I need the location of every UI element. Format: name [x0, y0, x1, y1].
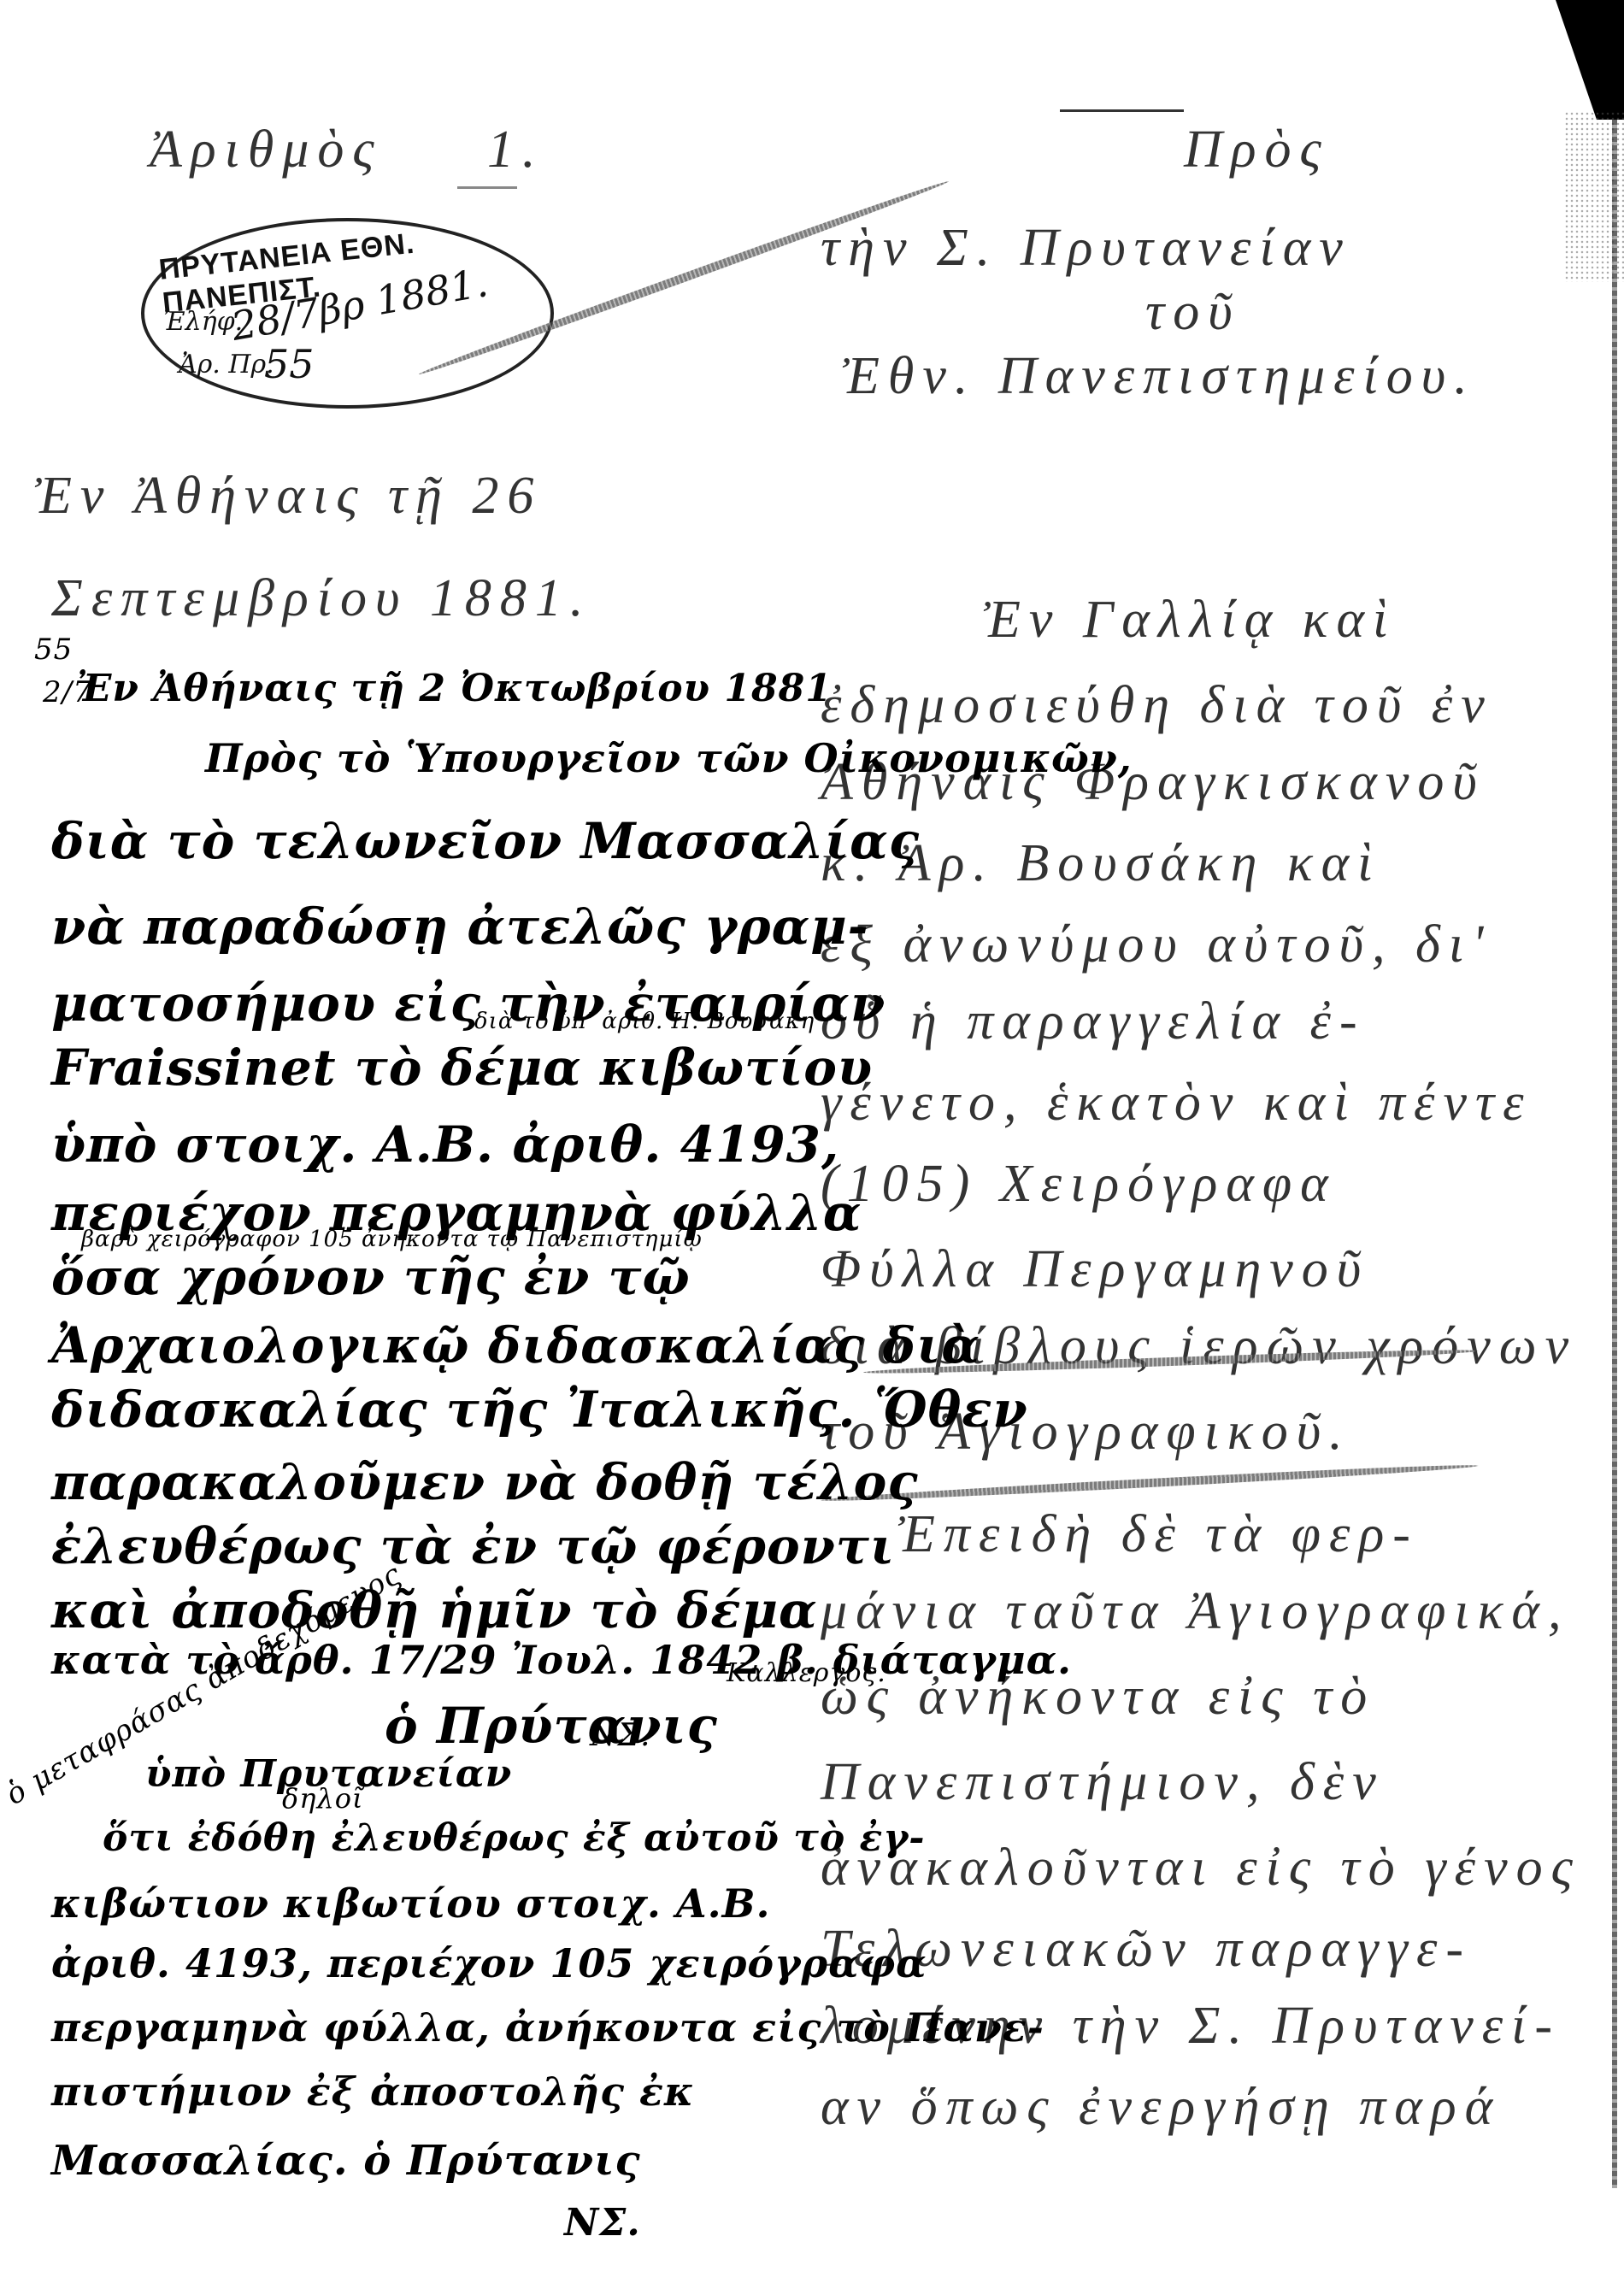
left-line: ὅσα χρόνον τῆς ἐν τῷ [51, 1248, 691, 1306]
scanned-document-page: Ἀριθμὸς 1. ΠΡΥΤΑΝΕΙΑ ΕΘΝ. ΠΑΝΕΠΙΣΤ. Ἐλήφ… [0, 0, 1624, 2295]
place-date-line-2: Σεπτεμβρίου 1881. [51, 568, 591, 629]
left-line: περγαμηνὰ φύλλα, ἀνήκοντα εἰς τὸ Πανε- [51, 2004, 1044, 2051]
right-line: ἐδημοσιεύθη διὰ τοῦ ἐν [821, 675, 1493, 736]
left-line: ὑπὸ στοιχ. Α.Β. ἀριθ. 4193, [51, 1115, 839, 1174]
right-line: ἐξ ἀνωνύμου αὐτοῦ, δι' [821, 915, 1492, 975]
left-line: πιστήμιον ἐξ ἀποστολῆς ἐκ [51, 2068, 694, 2115]
interlinear-note: Καλλεργος. [727, 1658, 886, 1688]
right-line: Πανεπιστήμιον, δὲν [821, 1752, 1385, 1813]
addressee-line-1: Πρὸς [1184, 120, 1330, 180]
right-line: γένετο, ἑκατὸν καὶ πέντε [821, 1073, 1533, 1133]
right-line: (105) Χειρόγραφα [821, 1154, 1337, 1215]
right-line: οὗ ἡ παραγγελία ἐ- [821, 992, 1366, 1052]
left-line: Ἀρχαιολογικῷ διδασκαλίας διὰ [51, 1316, 980, 1374]
left-line: παρακαλοῦμεν νὰ δοθῇ τέλος [51, 1453, 919, 1511]
left-line: κιβώτιον κιβωτίου στοιχ. Α.Β. [51, 1880, 771, 1927]
left-line: νὰ παραδώσῃ ἀτελῶς γραμ- [51, 897, 869, 956]
left-signature: ὁ Πρύτανις [385, 1697, 718, 1755]
left-line: ἐλευθέρως τὰ ἐν τῷ φέροντι [51, 1517, 895, 1575]
interlinear-note: διὰ τὸ ὑπ' ἀριθ. Η. Βουσάκη [474, 1009, 815, 1034]
left-line: Fraissinet τὸ δέμα κιβωτίου [51, 1039, 873, 1097]
left-line: Μασσαλίας. ὁ Πρύτανις [51, 2137, 641, 2185]
left-line: καὶ ἀποδοθῇ ἡμῖν τὸ δέμα [51, 1581, 818, 1639]
left-line: ὅτι ἐδόθη ἐλευθέρως ἐξ αὐτοῦ τὸ ἐγ- [103, 1816, 926, 1860]
right-line: μάνια ταῦτα Ἀγιογραφικά, [821, 1581, 1569, 1642]
scan-edge-shadow [1556, 0, 1624, 120]
left-line: Πρὸς τὸ Ὑπουργεῖον τῶν Οἰκονομικῶν, [205, 735, 1133, 781]
right-line: Ἐν Γαλλίᾳ καὶ [983, 590, 1396, 650]
left-line: διδασκαλίας τῆς Ἰταλικῆς. Ὅθεν [51, 1380, 1028, 1439]
rectorate-stamp: ΠΡΥΤΑΝΕΙΑ ΕΘΝ. ΠΑΝΕΠΙΣΤ. Ἐλήφ. 28/7βρ 18… [141, 218, 554, 409]
place-date-line-1: Ἐν Ἀθήναις τῇ 26 [34, 466, 542, 527]
stamp-number-label: Ἀρ. Πρ. [179, 350, 274, 380]
left-line: διὰ τὸ τελωνεῖον Μασσαλίας [51, 812, 920, 870]
addressee-rule [1060, 109, 1184, 112]
margin-ref-top: 55 [34, 633, 73, 667]
right-line: αν ὅπως ἐνεργήσῃ παρά [821, 2077, 1501, 2138]
left-line: ἀριθ. 4193, περιέχον 105 χειρόγραφα [51, 1940, 927, 1986]
interlinear-note: δηλοῖ [282, 1782, 364, 1815]
number-underline [457, 186, 517, 189]
left-initials: ΝΣ. [590, 1718, 650, 1753]
addressee-line-2: τὴν Σ. Πρυτανείαν [821, 218, 1351, 279]
right-line: Φύλλα Περγαμηνοῦ [821, 1239, 1369, 1300]
number-label: Ἀριθμὸς [150, 120, 383, 180]
right-line: Ἐπειδὴ δὲ τὰ φερ- [897, 1504, 1419, 1565]
number-value: 1. [487, 120, 544, 180]
pencil-underline [821, 1462, 1478, 1504]
stamp-number-value: 55 [264, 341, 315, 387]
left-line: Ἐν Ἀθήναις τῇ 2 Ὀκτωβρίου 1881 [77, 667, 833, 710]
paper-right-edge [1612, 120, 1617, 2188]
addressee-line-4: Ἐθν. Πανεπιστημείου. [842, 346, 1476, 407]
addressee-line-3: τοῦ [1145, 282, 1241, 343]
right-line: ἀνακαλοῦνται εἰς τὸ γένος [821, 1838, 1581, 1898]
left-initials-final: ΝΣ. [564, 2201, 641, 2245]
